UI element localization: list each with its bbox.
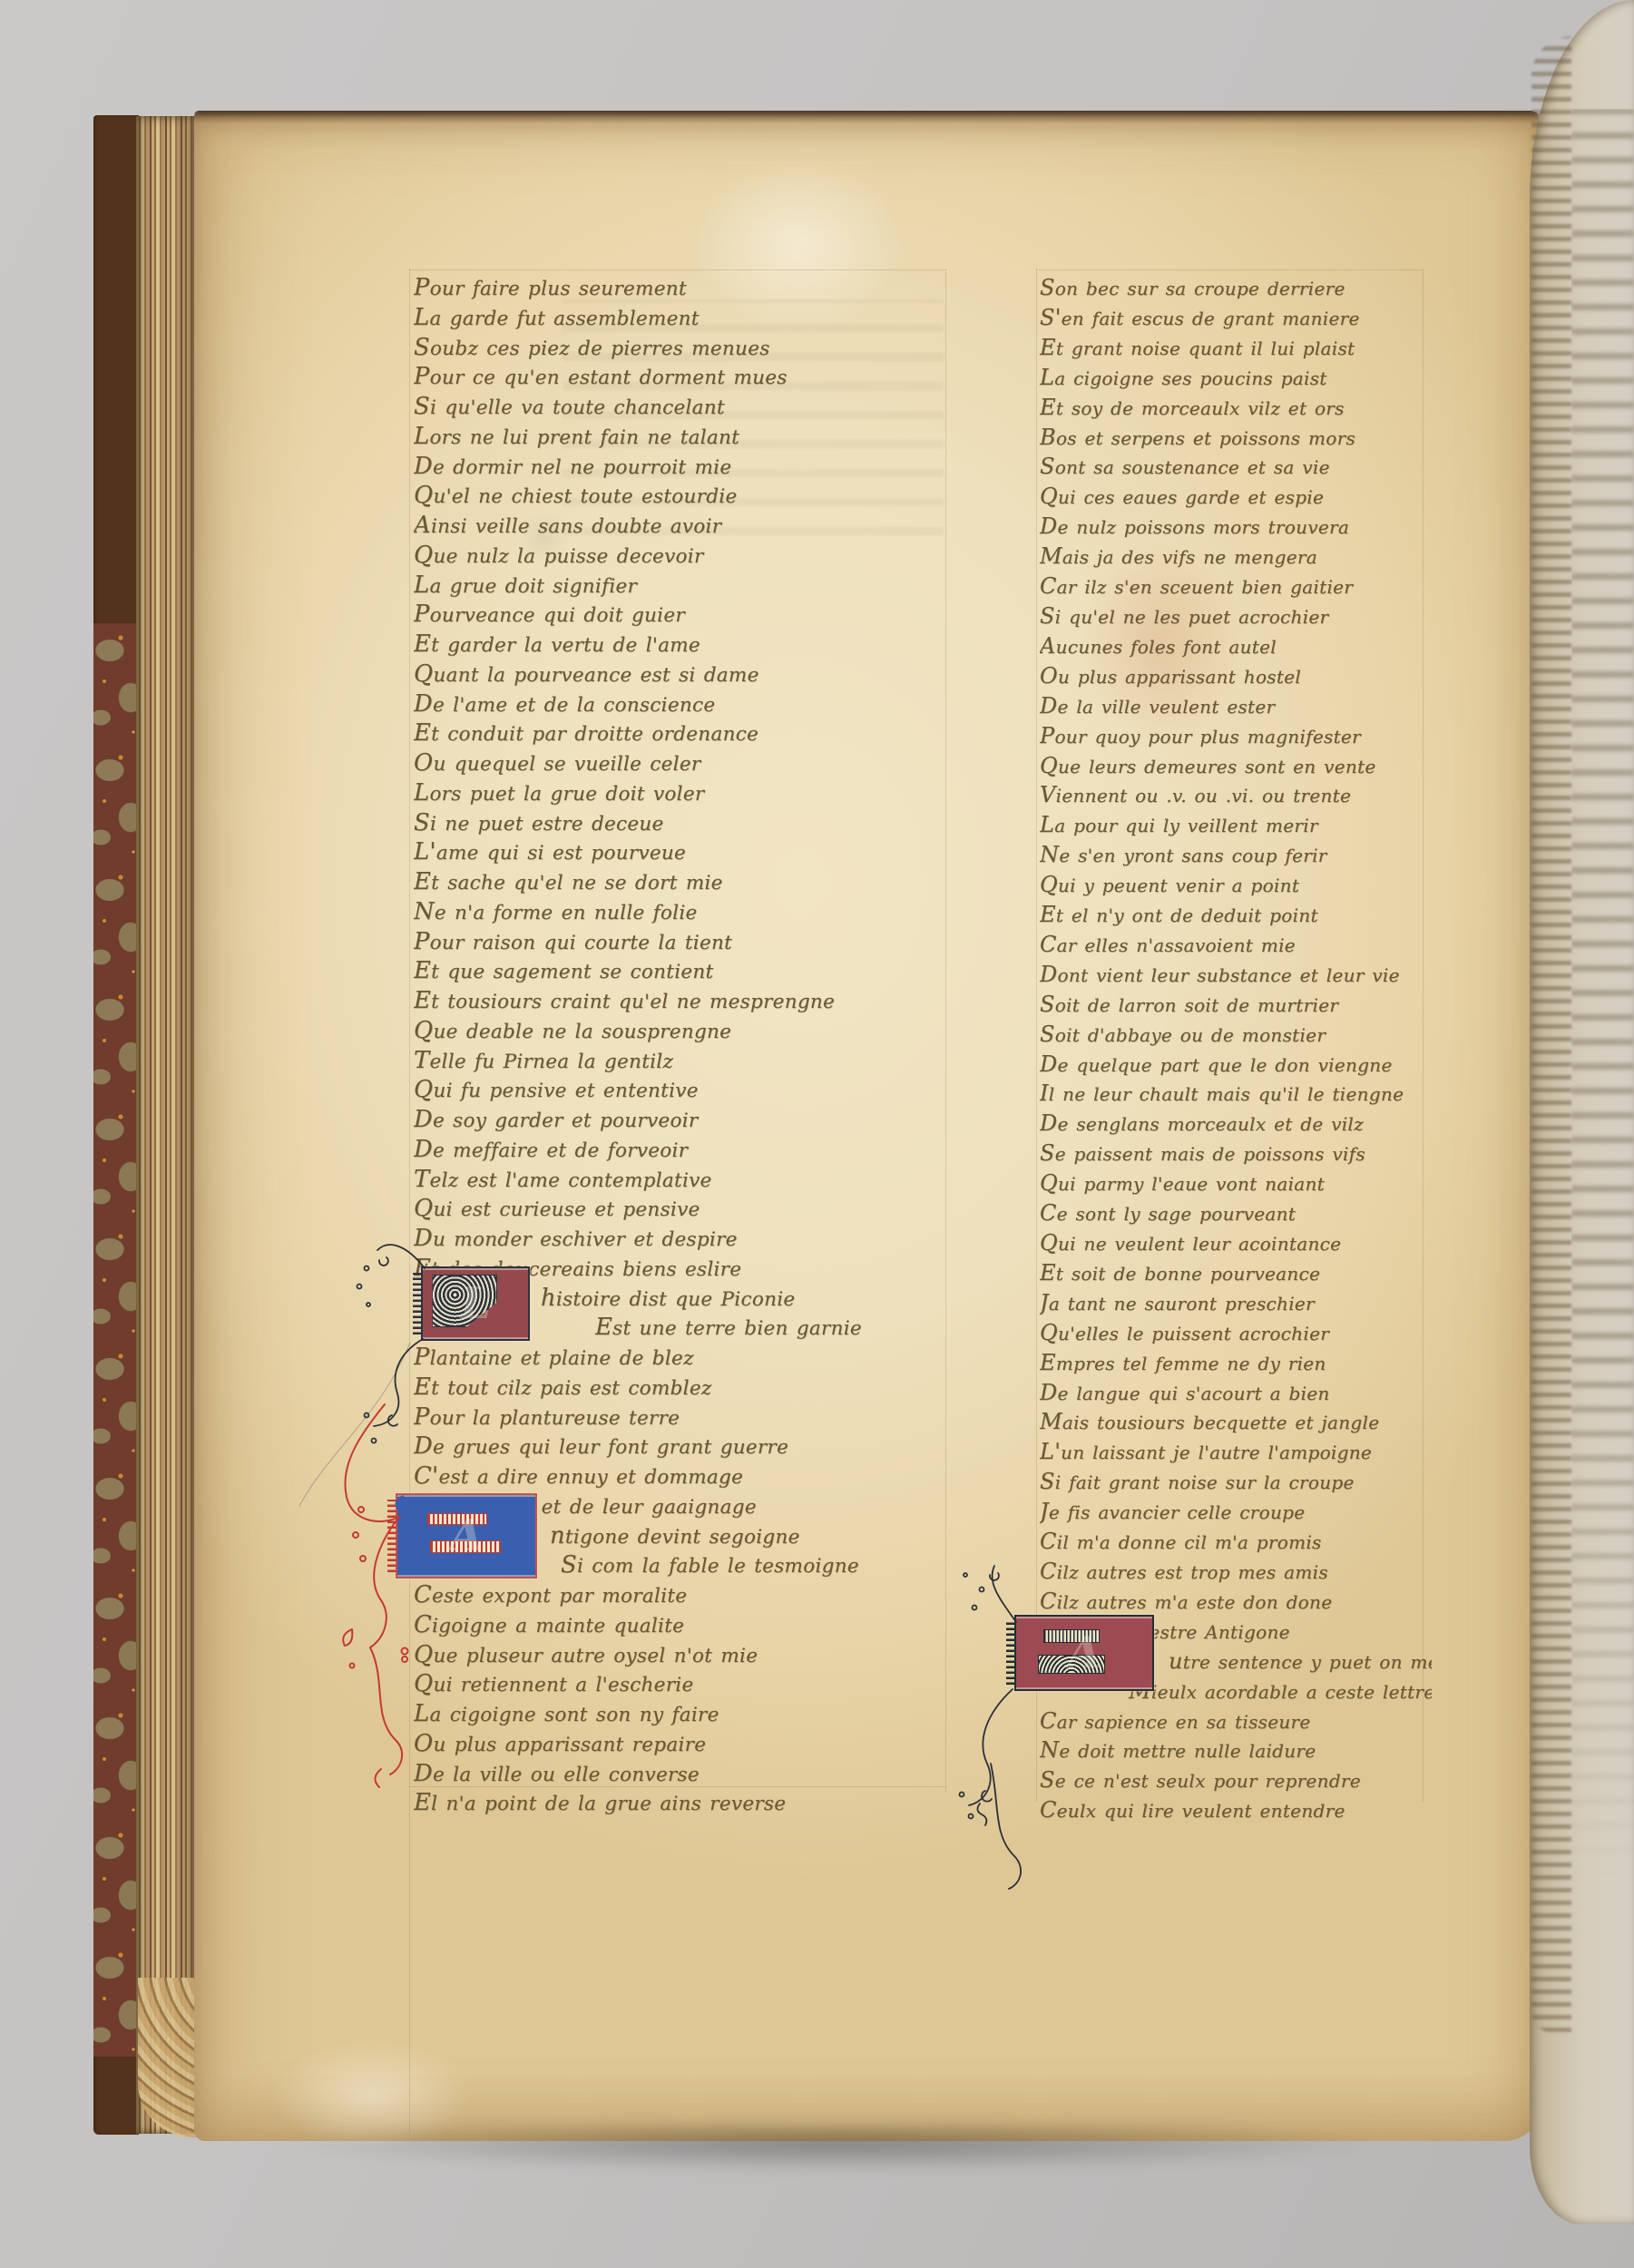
marbled-cover-pattern	[93, 623, 139, 2057]
verse-line: Et garder la vertu de l'ame	[414, 631, 945, 660]
verse-line: Qui ne veulent leur acointance	[1040, 1229, 1432, 1259]
illuminated-initial-A-red: A	[1014, 1615, 1154, 1691]
verse-line: C'est a dire ennuy et dommage	[414, 1462, 945, 1492]
verse-line: De langue qui s'acourt a bien	[1040, 1379, 1432, 1409]
verse-line: Ce sont ly sage pourveant	[1040, 1199, 1432, 1229]
initial-letter: A	[1016, 1617, 1152, 1689]
verse-line: Ne doit mettre nulle laidure	[1040, 1736, 1432, 1766]
verse-line: S'en fait escus de grant maniere	[1040, 304, 1432, 334]
verse-line: Ou quequel se vueille celer	[414, 749, 945, 779]
verse-line: La garde fut assemblement	[414, 304, 945, 334]
verse-line: Et grant noise quant il lui plaist	[1040, 334, 1432, 364]
verse-line: Sont sa soustenance et sa vie	[1040, 453, 1432, 483]
verse-line: Et soy de morceaulx vilz et ors	[1040, 394, 1432, 424]
manuscript-photo: Pour faire plus seurementLa garde fut as…	[0, 0, 1634, 2268]
verse-line: Bos et serpens et poissons mors	[1040, 424, 1432, 454]
verse-line: Il ne leur chault mais qu'il le tiengne	[1040, 1080, 1432, 1110]
verse-line: Ainsi veille sans doubte avoir	[414, 512, 945, 542]
verse-line: De nulz poissons mors trouvera	[1040, 513, 1432, 543]
verse-line: Qui est curieuse et pensive	[414, 1195, 945, 1225]
verse-line: Se ce n'est seulx pour reprendre	[1040, 1766, 1432, 1796]
ruling-line-vertical	[1036, 269, 1037, 1802]
verse-line: De senglans morceaulx et de vilz	[1040, 1110, 1432, 1139]
verse-line: Car elles n'assavoient mie	[1040, 931, 1432, 961]
verse-line: Si qu'elle va toute chancelant	[414, 393, 945, 423]
verse-line: Que leurs demeures sont en vente	[1040, 752, 1432, 782]
curled-page-edge-text	[1531, 36, 1571, 2032]
verse-line: Qu'elles le puissent acrochier	[1040, 1319, 1432, 1349]
gutter-page-stack	[136, 116, 196, 2134]
verse-line: Cilz autres est trop mes amis	[1040, 1558, 1432, 1588]
verse-line: De soy garder et pourveoir	[414, 1106, 945, 1136]
verse-line: Qui retiennent a l'escherie	[414, 1670, 945, 1700]
penwork-spiral-panel	[432, 1275, 497, 1327]
verse-line: Car ilz s'en sceuent bien gaitier	[1040, 572, 1432, 602]
verse-line: Si fait grant noise sur la croupe	[1040, 1468, 1432, 1498]
verse-line: Pourveance qui doit guier	[414, 601, 945, 631]
verse-line: Telle fu Pirnea la gentilz	[414, 1047, 945, 1077]
text-column-right: Son bec sur sa croupe derriereS'en fait …	[1040, 274, 1432, 1826]
verse-line: Mais ja des vifs ne mengera	[1040, 543, 1432, 572]
verse-line: La grue doit signifier	[414, 572, 945, 601]
penwork-slit	[430, 1540, 501, 1553]
verse-line: Que nulz la puisse decevoir	[414, 542, 945, 572]
penwork-fringe	[1006, 1621, 1015, 1685]
verse-line: De dormir nel ne pourroit mie	[414, 453, 945, 483]
penwork-slit	[1038, 1655, 1105, 1674]
verse-line: Mais tousiours becquette et jangle	[1040, 1408, 1432, 1438]
verse-line: Ja tant ne sauront preschier	[1040, 1289, 1432, 1319]
text-column-left: Pour faire plus seurementLa garde fut as…	[414, 274, 945, 1819]
verse-line: Viennent ou .v. ou .vi. ou trente	[1040, 781, 1432, 811]
verse-line: Et el n'y ont de deduit point	[1040, 901, 1432, 931]
verse-line: L'un laissant je l'autre l'ampoigne	[1040, 1438, 1432, 1468]
verse-line: De grues qui leur font grant guerre	[414, 1432, 945, 1462]
verse-line: Telz est l'ame contemplative	[414, 1166, 945, 1196]
verse-line: Empres tel femme ne dy rien	[1040, 1349, 1432, 1379]
verse-line: Si qu'el ne les puet acrochier	[1040, 602, 1432, 632]
next-page-ghost-text	[1571, 109, 1634, 1878]
penwork-slit	[427, 1513, 487, 1526]
verse-line: Ou plus apparissant repaire	[414, 1730, 945, 1760]
verse-line: De la ville veulent ester	[1040, 692, 1432, 722]
verse-line: Son bec sur sa croupe derriere	[1040, 274, 1432, 304]
verse-line: Et tout cilz pais est comblez	[414, 1374, 945, 1403]
verse-line: Qui y peuent venir a point	[1040, 871, 1432, 901]
verse-line: La pour qui ly veillent merir	[1040, 811, 1432, 841]
penwork-slit	[1043, 1629, 1100, 1643]
page-top-darkened-edge	[194, 111, 1542, 123]
verse-line: Ne s'en yront sans coup ferir	[1040, 841, 1432, 871]
verse-line: Pour faire plus seurement	[414, 274, 945, 304]
verse-line: Ceste expont par moralite	[414, 1581, 945, 1611]
verse-line: El n'a point de la grue ains reverse	[414, 1789, 945, 1819]
verse-line: Soit de larron soit de murtrier	[1040, 991, 1432, 1021]
verse-line: Lors puet la grue doit voler	[414, 779, 945, 809]
verse-line: Et soit de bonne pourveance	[1040, 1259, 1432, 1289]
verse-line: De quelque part que le don viengne	[1040, 1051, 1432, 1080]
verse-line: Se paissent mais de poissons vifs	[1040, 1139, 1432, 1169]
verse-line: Pour ce qu'en estant dorment mues	[414, 363, 945, 393]
verse-line: Quant la pourveance est si dame	[414, 660, 945, 690]
verse-line: Aucunes foles font autel	[1040, 632, 1432, 662]
verse-line: Que pluseur autre oysel n'ot mie	[414, 1641, 945, 1671]
verse-line: La cigoigne sont son ny faire	[414, 1700, 945, 1730]
ruling-line-horizontal	[409, 269, 945, 270]
verse-line: De meffaire et de forveoir	[414, 1136, 945, 1166]
fore-edge-page-stack	[1530, 0, 1634, 2224]
verse-line: Et sache qu'el ne se dort mie	[414, 868, 945, 898]
verse-line: Je fis avancier celle croupe	[1040, 1498, 1432, 1528]
verse-line: Que deable ne la sousprengne	[414, 1017, 945, 1047]
verse-line: Du monder eschiver et despire	[414, 1225, 945, 1255]
verse-line: Et que sagement se contient	[414, 957, 945, 987]
ruling-line-vertical	[409, 269, 410, 2132]
verse-line: Dont vient leur substance et leur vie	[1040, 961, 1432, 991]
initial-letter: A	[397, 1495, 535, 1577]
verse-line: Pour la plantureuse terre	[414, 1403, 945, 1433]
book-drop-shadow	[118, 2125, 1551, 2188]
verse-line: Soubz ces piez de pierres menues	[414, 334, 945, 364]
verse-line: Cil m'a donne cil m'a promis	[1040, 1528, 1432, 1558]
verse-line: Ou plus apparissant hostel	[1040, 662, 1432, 692]
verse-line: Qui parmy l'eaue vont naiant	[1040, 1169, 1432, 1199]
verse-line: Qui ces eaues garde et espie	[1040, 483, 1432, 513]
verse-line: La cigoigne ses poucins paist	[1040, 364, 1432, 394]
verse-line: Qui fu pensive et ententive	[414, 1076, 945, 1106]
verse-line: Soit d'abbaye ou de monstier	[1040, 1021, 1432, 1051]
verse-line: Car sapience en sa tisseure	[1040, 1707, 1432, 1737]
verse-line: Lors ne lui prent fain ne talant	[414, 423, 945, 453]
verse-line: Pour raison qui courte la tient	[414, 928, 945, 958]
verse-line: Cilz autres m'a este don done	[1040, 1588, 1432, 1618]
verse-line: De l'ame et de la conscience	[414, 690, 945, 720]
illuminated-initial-A-blue: A	[397, 1495, 535, 1577]
illuminated-initial-L: L	[421, 1266, 530, 1341]
verse-line: Plantaine et plaine de blez	[414, 1344, 945, 1374]
penwork-fringe	[413, 1273, 422, 1335]
book-cover-edge	[93, 115, 139, 2135]
ruling-line-horizontal	[1036, 269, 1423, 270]
verse-line: Et tousiours craint qu'el ne mesprengne	[414, 987, 945, 1017]
penwork-fringe	[387, 1500, 396, 1571]
verse-line: Qu'el ne chiest toute estourdie	[414, 482, 945, 512]
verse-line: Cigoigne a mainte qualite	[414, 1611, 945, 1641]
ruling-line-vertical	[945, 269, 946, 1793]
verse-line: Pour quoy pour plus magnifester	[1040, 722, 1432, 752]
verse-line: Et conduit par droitte ordenance	[414, 719, 945, 749]
verse-line: Si ne puet estre deceue	[414, 809, 945, 839]
verse-line: Ceulx qui lire veulent entendre	[1040, 1796, 1432, 1826]
verse-line: L'ame qui si est pourveue	[414, 838, 945, 868]
verse-line: Ne n'a forme en nulle folie	[414, 898, 945, 928]
verse-line: De la ville ou elle converse	[414, 1760, 945, 1790]
